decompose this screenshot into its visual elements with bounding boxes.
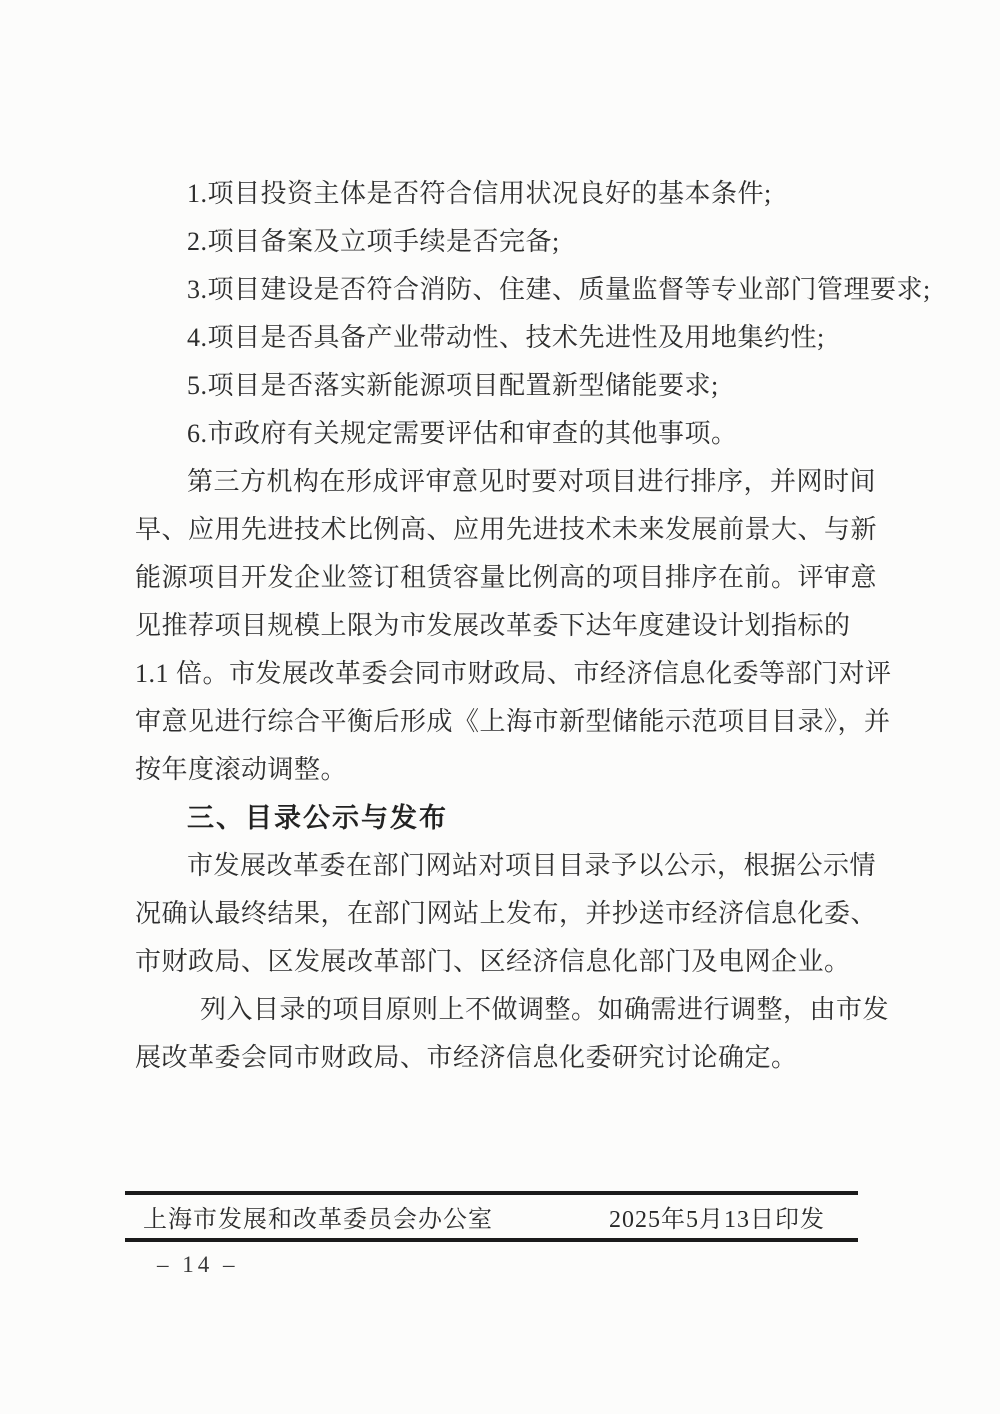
paragraph-1-line: 见推荐项目规模上限为市发展改革委下达年度建设计划指标的: [135, 602, 875, 650]
paragraph-1-line: 按年度滚动调整。: [135, 746, 875, 794]
footer-band: 上海市发展和改革委员会办公室 2025年5月13日印发: [125, 1191, 858, 1242]
paragraph-2-line: 况确认最终结果，在部门网站上发布，并抄送市经济信息化委、: [135, 890, 875, 938]
paragraph-1-line: 1.1 倍。市发展改革委会同市财政局、市经济信息化委等部门对评: [135, 650, 875, 698]
list-item-1: 1.项目投资主体是否符合信用状况良好的基本条件;: [135, 170, 875, 218]
list-item-3: 3.项目建设是否符合消防、住建、质量监督等专业部门管理要求;: [135, 266, 875, 314]
page-number: – 14 –: [157, 1252, 239, 1278]
document-page: 1.项目投资主体是否符合信用状况良好的基本条件; 2.项目备案及立项手续是否完备…: [0, 0, 1000, 1414]
list-item-2: 2.项目备案及立项手续是否完备;: [135, 218, 875, 266]
section-heading: 三、目录公示与发布: [135, 794, 875, 842]
paragraph-2-line: 市财政局、区发展改革部门、区经济信息化部门及电网企业。: [135, 938, 875, 986]
paragraph-1-line: 能源项目开发企业签订租赁容量比例高的项目排序在前。评审意: [135, 554, 875, 602]
paragraph-1-line: 第三方机构在形成评审意见时要对项目进行排序，并网时间: [135, 458, 875, 506]
paragraph-3-line: 展改革委会同市财政局、市经济信息化委研究讨论确定。: [135, 1034, 875, 1082]
footer-issuer: 上海市发展和改革委员会办公室: [143, 1199, 493, 1234]
footer-print-date: 2025年5月13日印发: [609, 1199, 825, 1234]
document-body: 1.项目投资主体是否符合信用状况良好的基本条件; 2.项目备案及立项手续是否完备…: [135, 170, 875, 1082]
list-item-4: 4.项目是否具备产业带动性、技术先进性及用地集约性;: [135, 314, 875, 362]
paragraph-1-line: 审意见进行综合平衡后形成《上海市新型储能示范项目目录》，并: [135, 698, 875, 746]
paragraph-1-line: 早、应用先进技术比例高、应用先进技术未来发展前景大、与新: [135, 506, 875, 554]
paragraph-3-line: 列入目录的项目原则上不做调整。如确需进行调整，由市发: [135, 986, 875, 1034]
list-item-6: 6.市政府有关规定需要评估和审查的其他事项。: [135, 410, 875, 458]
paragraph-2-line: 市发展改革委在部门网站对项目目录予以公示，根据公示情: [135, 842, 875, 890]
list-item-5: 5.项目是否落实新能源项目配置新型储能要求;: [135, 362, 875, 410]
